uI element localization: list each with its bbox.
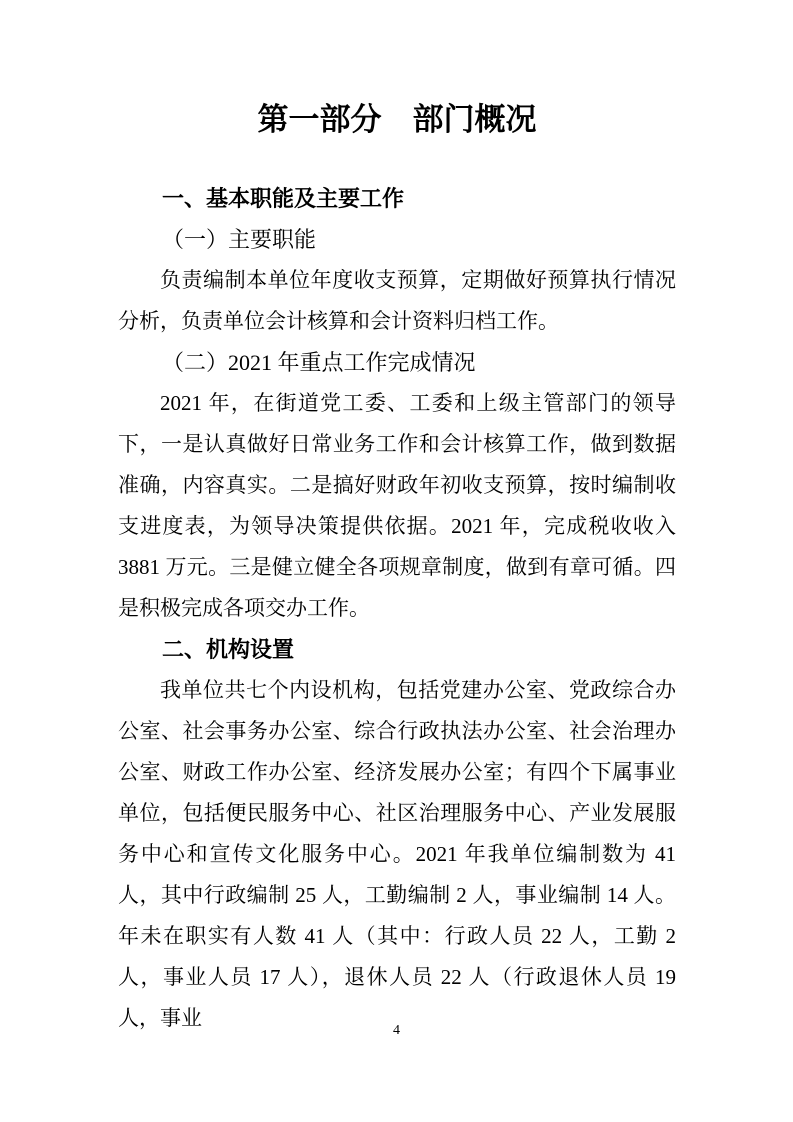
document-content: 第一部分 部门概况 一、基本职能及主要工作 （一）主要职能 负责编制本单位年度收… [118,98,676,1039]
subsection-heading-2021-key-work: （二）2021 年重点工作完成情况 [118,342,676,383]
paragraph-main-duties: 负责编制本单位年度收支预算，定期做好预算执行情况分析，负责单位会计核算和会计资料… [118,260,676,342]
section-heading-basic-functions: 一、基本职能及主要工作 [118,178,676,219]
page-title: 第一部分 部门概况 [118,98,676,142]
subsection-heading-main-duties: （一）主要职能 [118,219,676,260]
section-heading-organization-setup: 二、机构设置 [118,629,676,670]
document-page: 第一部分 部门概况 一、基本职能及主要工作 （一）主要职能 负责编制本单位年度收… [0,0,793,1122]
paragraph-2021-key-work: 2021 年，在街道党工委、工委和上级主管部门的领导下，一是认真做好日常业务工作… [118,383,676,629]
paragraph-organization-setup: 我单位共七个内设机构，包括党建办公室、党政综合办公室、社会事务办公室、综合行政执… [118,670,676,1039]
page-number: 4 [0,1022,793,1040]
